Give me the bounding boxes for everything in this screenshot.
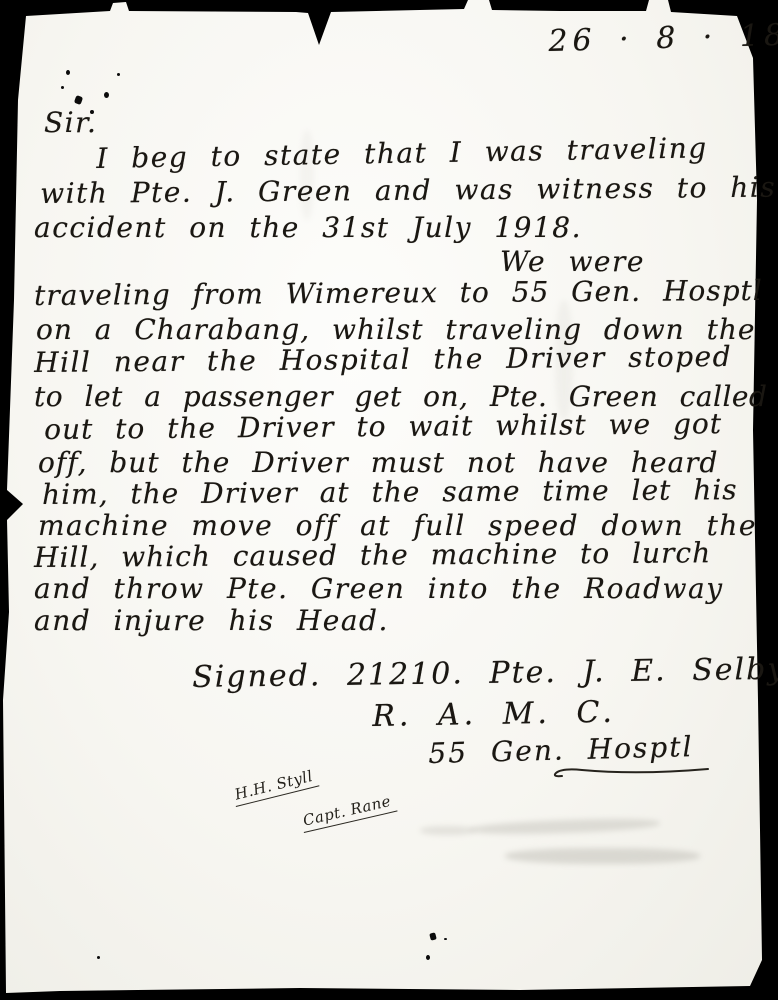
ink-speck — [444, 938, 447, 940]
scanned-letter-page: 26 · 8 · 18 Sir. I beg to state that I w… — [0, 0, 778, 1000]
letter-line: We were — [500, 245, 645, 278]
ink-speck — [117, 73, 120, 76]
bleedthrough-smudge — [505, 848, 700, 864]
ink-speck — [66, 70, 70, 75]
letter-line: with Pte. J. Green and was witness to hi… — [40, 171, 776, 210]
pen-flourish — [548, 764, 713, 784]
salutation: Sir. — [44, 106, 97, 139]
bleedthrough-smudge — [420, 826, 475, 835]
signature-line-2: R. A. M. C. — [372, 695, 616, 734]
letter-line: and throw Pte. Green into the Roadway — [34, 572, 724, 605]
letter-line: and injure his Head. — [34, 604, 389, 637]
letter-line: Hill, which caused the machine to lurch — [34, 536, 711, 574]
ink-speck — [104, 92, 109, 98]
ink-speck — [61, 86, 64, 89]
letter-line: him, the Driver at the same time let his — [42, 473, 738, 511]
letter-line: accident on the 31st July 1918. — [34, 211, 582, 244]
letter-line: Hill near the Hospital the Driver stoped — [34, 340, 732, 379]
letter-line: traveling from Wimereux to 55 Gen. Hospt… — [34, 274, 763, 312]
ink-speck — [426, 955, 430, 960]
ink-speck — [97, 956, 100, 959]
letter-date: 26 · 8 · 18 — [548, 18, 778, 59]
letter-line: out to the Driver to wait whilst we got — [44, 407, 722, 446]
